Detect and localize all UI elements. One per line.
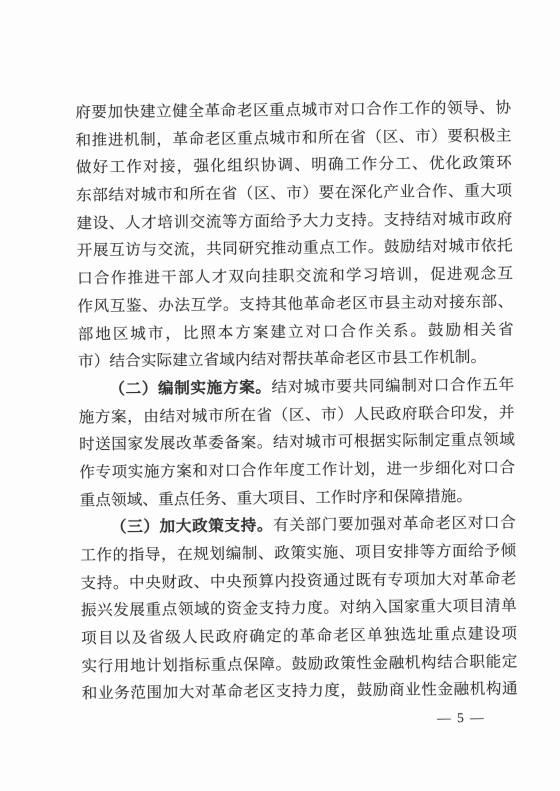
document-body: 府要加快建立健全革命老区重点城市对口合作工作的领导、协调和推进机制，革命老区重点… (74, 0, 518, 709)
document-page: 府要加快建立健全革命老区重点城市对口合作工作的领导、协调和推进机制，革命老区重点… (0, 0, 560, 791)
line-text: 和业务范围加大对革命老区支持力度，鼓励商业性金融机构通过 (82, 681, 518, 709)
text-line: 作风互鉴、办法互学。支持其他革命老区市县主动对接东部、中 (77, 288, 513, 321)
text-line: 作专项实施方案和对口合作年度工作计划，进一步细化对口合作 (79, 454, 515, 487)
text-line: （二）编制实施方案。结对城市要共同编制对口合作五年实 (78, 371, 514, 404)
line-text: 重点领域、重点任务、重大项目、工作时序和保障措施。 (80, 488, 473, 509)
text-line: 和业务范围加大对革命老区支持力度，鼓励商业性金融机构通过 (82, 676, 518, 709)
line-text: 市）结合实际建立省域内结对帮扶革命老区市县工作机制。 (78, 349, 486, 371)
page-number: — 5 — (82, 710, 518, 731)
section-heading: （三）加大政策支持。 (111, 518, 273, 537)
section-heading: （二）编制实施方案。 (109, 379, 271, 398)
page-content: 府要加快建立健全革命老区重点城市对口合作工作的领导、协调和推进机制，革命老区重点… (74, 0, 518, 731)
